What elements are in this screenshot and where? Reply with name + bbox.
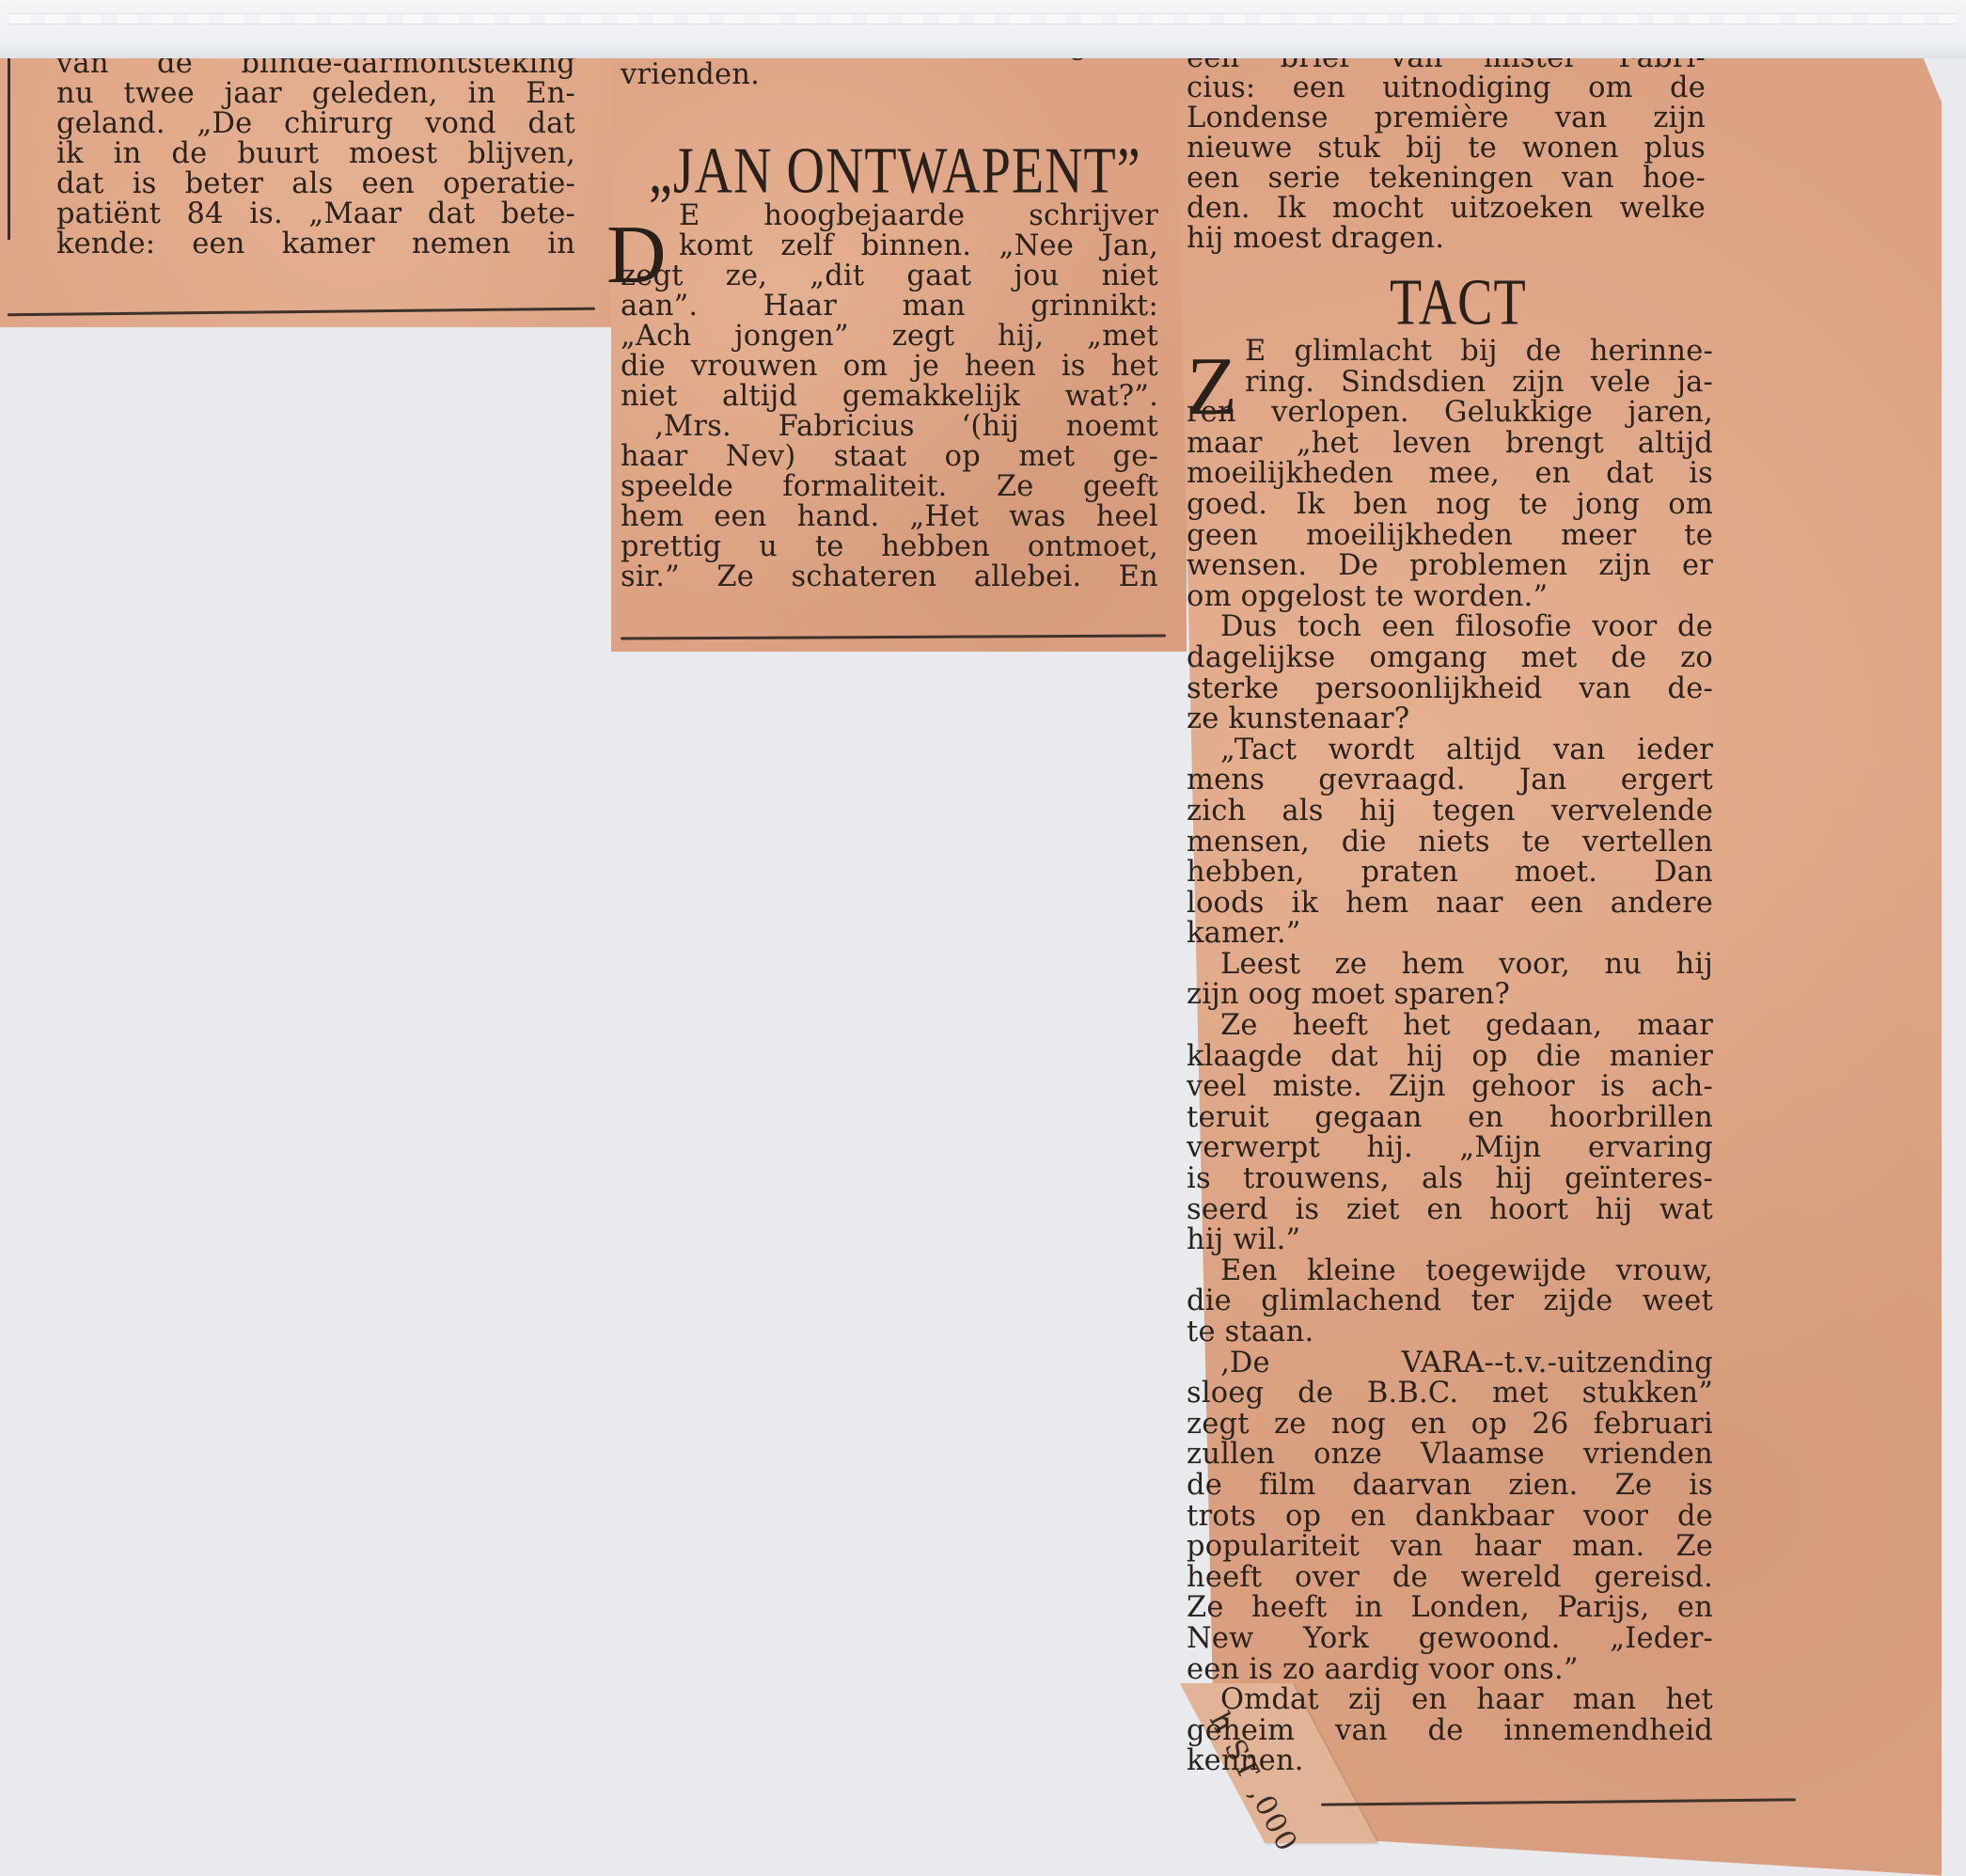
column-2-body: E hoogbejaarde schrijverkomt zelf binnen… [621,201,1158,592]
text-line: een serie tekeningen van hoe- [1187,164,1706,194]
text-line: seerd is ziet en hoort hij wat [1187,1195,1713,1226]
text-line: „Tact wordt altijd van ieder [1187,735,1713,766]
column-3-top: een brief van mister Fabri-cius: een uit… [1187,43,1706,254]
text-line: heeft over de wereld gereisd. [1187,1563,1713,1594]
text-line: goed. Ik ben nog te jong om [1187,490,1713,521]
headline-tact: TACT [1390,265,1527,340]
text-line: hem een hand. „Het was heel [621,502,1158,532]
text-line: te staan. [1187,1317,1713,1348]
text-line: nieuwe stuk bij te wonen plus [1187,134,1706,164]
text-line: sloeg de B.B.C. met stukken” [1187,1379,1713,1410]
text-line: maar „het leven brengt altijd [1187,429,1713,460]
text-line: E glimlacht bij de herinne- [1187,337,1713,368]
text-line: veel miste. Zijn gehoor is ach- [1187,1072,1713,1103]
text-line: niet altijd gemakkelijk wat?”. [621,382,1158,412]
text-line: die vrouwen om je heen is het [621,352,1158,382]
text-line: zijn oog moet sparen? [1187,980,1713,1011]
text-line: een is zo aardig voor ons.” [1187,1655,1713,1686]
text-line: zegt ze, „dit gaat jou niet [621,261,1158,292]
text-line: Een kleine toegewijde vrouw, [1187,1256,1713,1287]
headline-jan-ontwapent: „JAN ONTWAPENT” [649,134,1141,209]
text-line: mensen, die niets te vertellen [1187,828,1713,859]
text-line: Leest ze hem voor, nu hij [1187,950,1713,981]
text-line: moeilijkheden mee, en dat is [1187,459,1713,490]
text-line: om opgelost te worden.” [1187,582,1713,613]
text-line: Londense première van zijn [1187,103,1706,134]
text-line: kennen. [1187,1746,1713,1777]
text-line: komt zelf binnen. „Nee Jan, [621,231,1158,261]
text-line: de film daarvan zien. Ze is [1187,1471,1713,1502]
text-line: geland. „De chirurg vond dat [56,109,575,139]
text-line: aan”. Haar man grinnikt: [621,292,1158,322]
column-1: van de blinde-darmontstekingnu twee jaar… [56,49,575,260]
text-line: vrienden. [621,60,1158,90]
text-line: haar Nev) staat op met ge- [621,442,1158,472]
text-line: hij moest dragen. [1187,224,1706,254]
text-line: die glimlachend ter zijde weet [1187,1286,1713,1317]
text-line: wensen. De problemen zijn er [1187,551,1713,582]
text-line: ren verlopen. Gelukkige jaren, [1187,398,1713,429]
text-line: Omdat zij en haar man het [1187,1685,1713,1716]
text-line: zullen onze Vlaamse vrienden [1187,1440,1713,1471]
text-line: ze kunstenaar? [1187,704,1713,735]
text-line: cius: een uitnodiging om de [1187,73,1706,103]
column-3-body: E glimlacht bij de herinne-ring. Sindsdi… [1187,337,1713,1777]
text-line: Ze heeft in Londen, Parijs, en [1187,1593,1713,1624]
text-line: dagelijkse omgang met de zo [1187,643,1713,674]
text-line: loods ik hem naar een andere [1187,889,1713,920]
text-line: patiënt 84 is. „Maar dat bete- [56,199,575,229]
text-line: New York gewoond. „Ieder- [1187,1624,1713,1655]
text-line: ‚De VARA--t.v.-uitzending [1187,1348,1713,1379]
text-line: is trouwens, als hij geïnteres- [1187,1164,1713,1195]
text-line: ik in de buurt moest blijven, [56,139,575,169]
text-line: kende: een kamer nemen in [56,229,575,260]
sleeve-seam [9,13,1957,24]
text-line: den. Ik mocht uitzoeken welke [1187,194,1706,224]
text-line: dat is beter als een operatie- [56,169,575,199]
text-line: ‚Mrs. Fabricius ‘(hij noemt [621,412,1158,442]
text-line: speelde formaliteit. Ze geeft [621,472,1158,502]
text-line: hij wil.” [1187,1225,1713,1256]
text-line: populariteit van haar man. Ze [1187,1532,1713,1563]
text-line: Dus toch een filosofie voor de [1187,612,1713,643]
column-rule-vertical [8,52,10,240]
text-line: verwerpt hij. „Mijn ervaring [1187,1133,1713,1164]
text-line: E hoogbejaarde schrijver [621,201,1158,231]
text-line: prettig u te hebben ontmoet, [621,532,1158,562]
text-line: nu twee jaar geleden, in En- [56,79,575,109]
text-line: ring. Sindsdien zijn vele ja- [1187,368,1713,399]
text-line: mens gevraagd. Jan ergert [1187,765,1713,796]
text-line: sir.” Ze schateren allebei. En [621,562,1158,592]
text-line: geen moeilijkheden meer te [1187,521,1713,552]
text-line: sterke persoonlijkheid van de- [1187,674,1713,705]
text-line: teruit gegaan en hoorbrillen [1187,1103,1713,1134]
text-line: geheim van de innemendheid [1187,1716,1713,1747]
text-line: klaagde dat hij op die manier [1187,1042,1713,1073]
text-line: „Ach jongen” zegt hij, „met [621,322,1158,352]
text-line: hebben, praten moet. Dan [1187,858,1713,889]
text-line: trots op en dankbaar voor de [1187,1502,1713,1533]
text-line: kamer.” [1187,919,1713,950]
text-line: Ze heeft het gedaan, maar [1187,1011,1713,1042]
plastic-sleeve-edge [0,0,1966,58]
text-line: zegt ze nog en op 26 februari [1187,1410,1713,1441]
text-line: zich als hij tegen vervelende [1187,796,1713,828]
